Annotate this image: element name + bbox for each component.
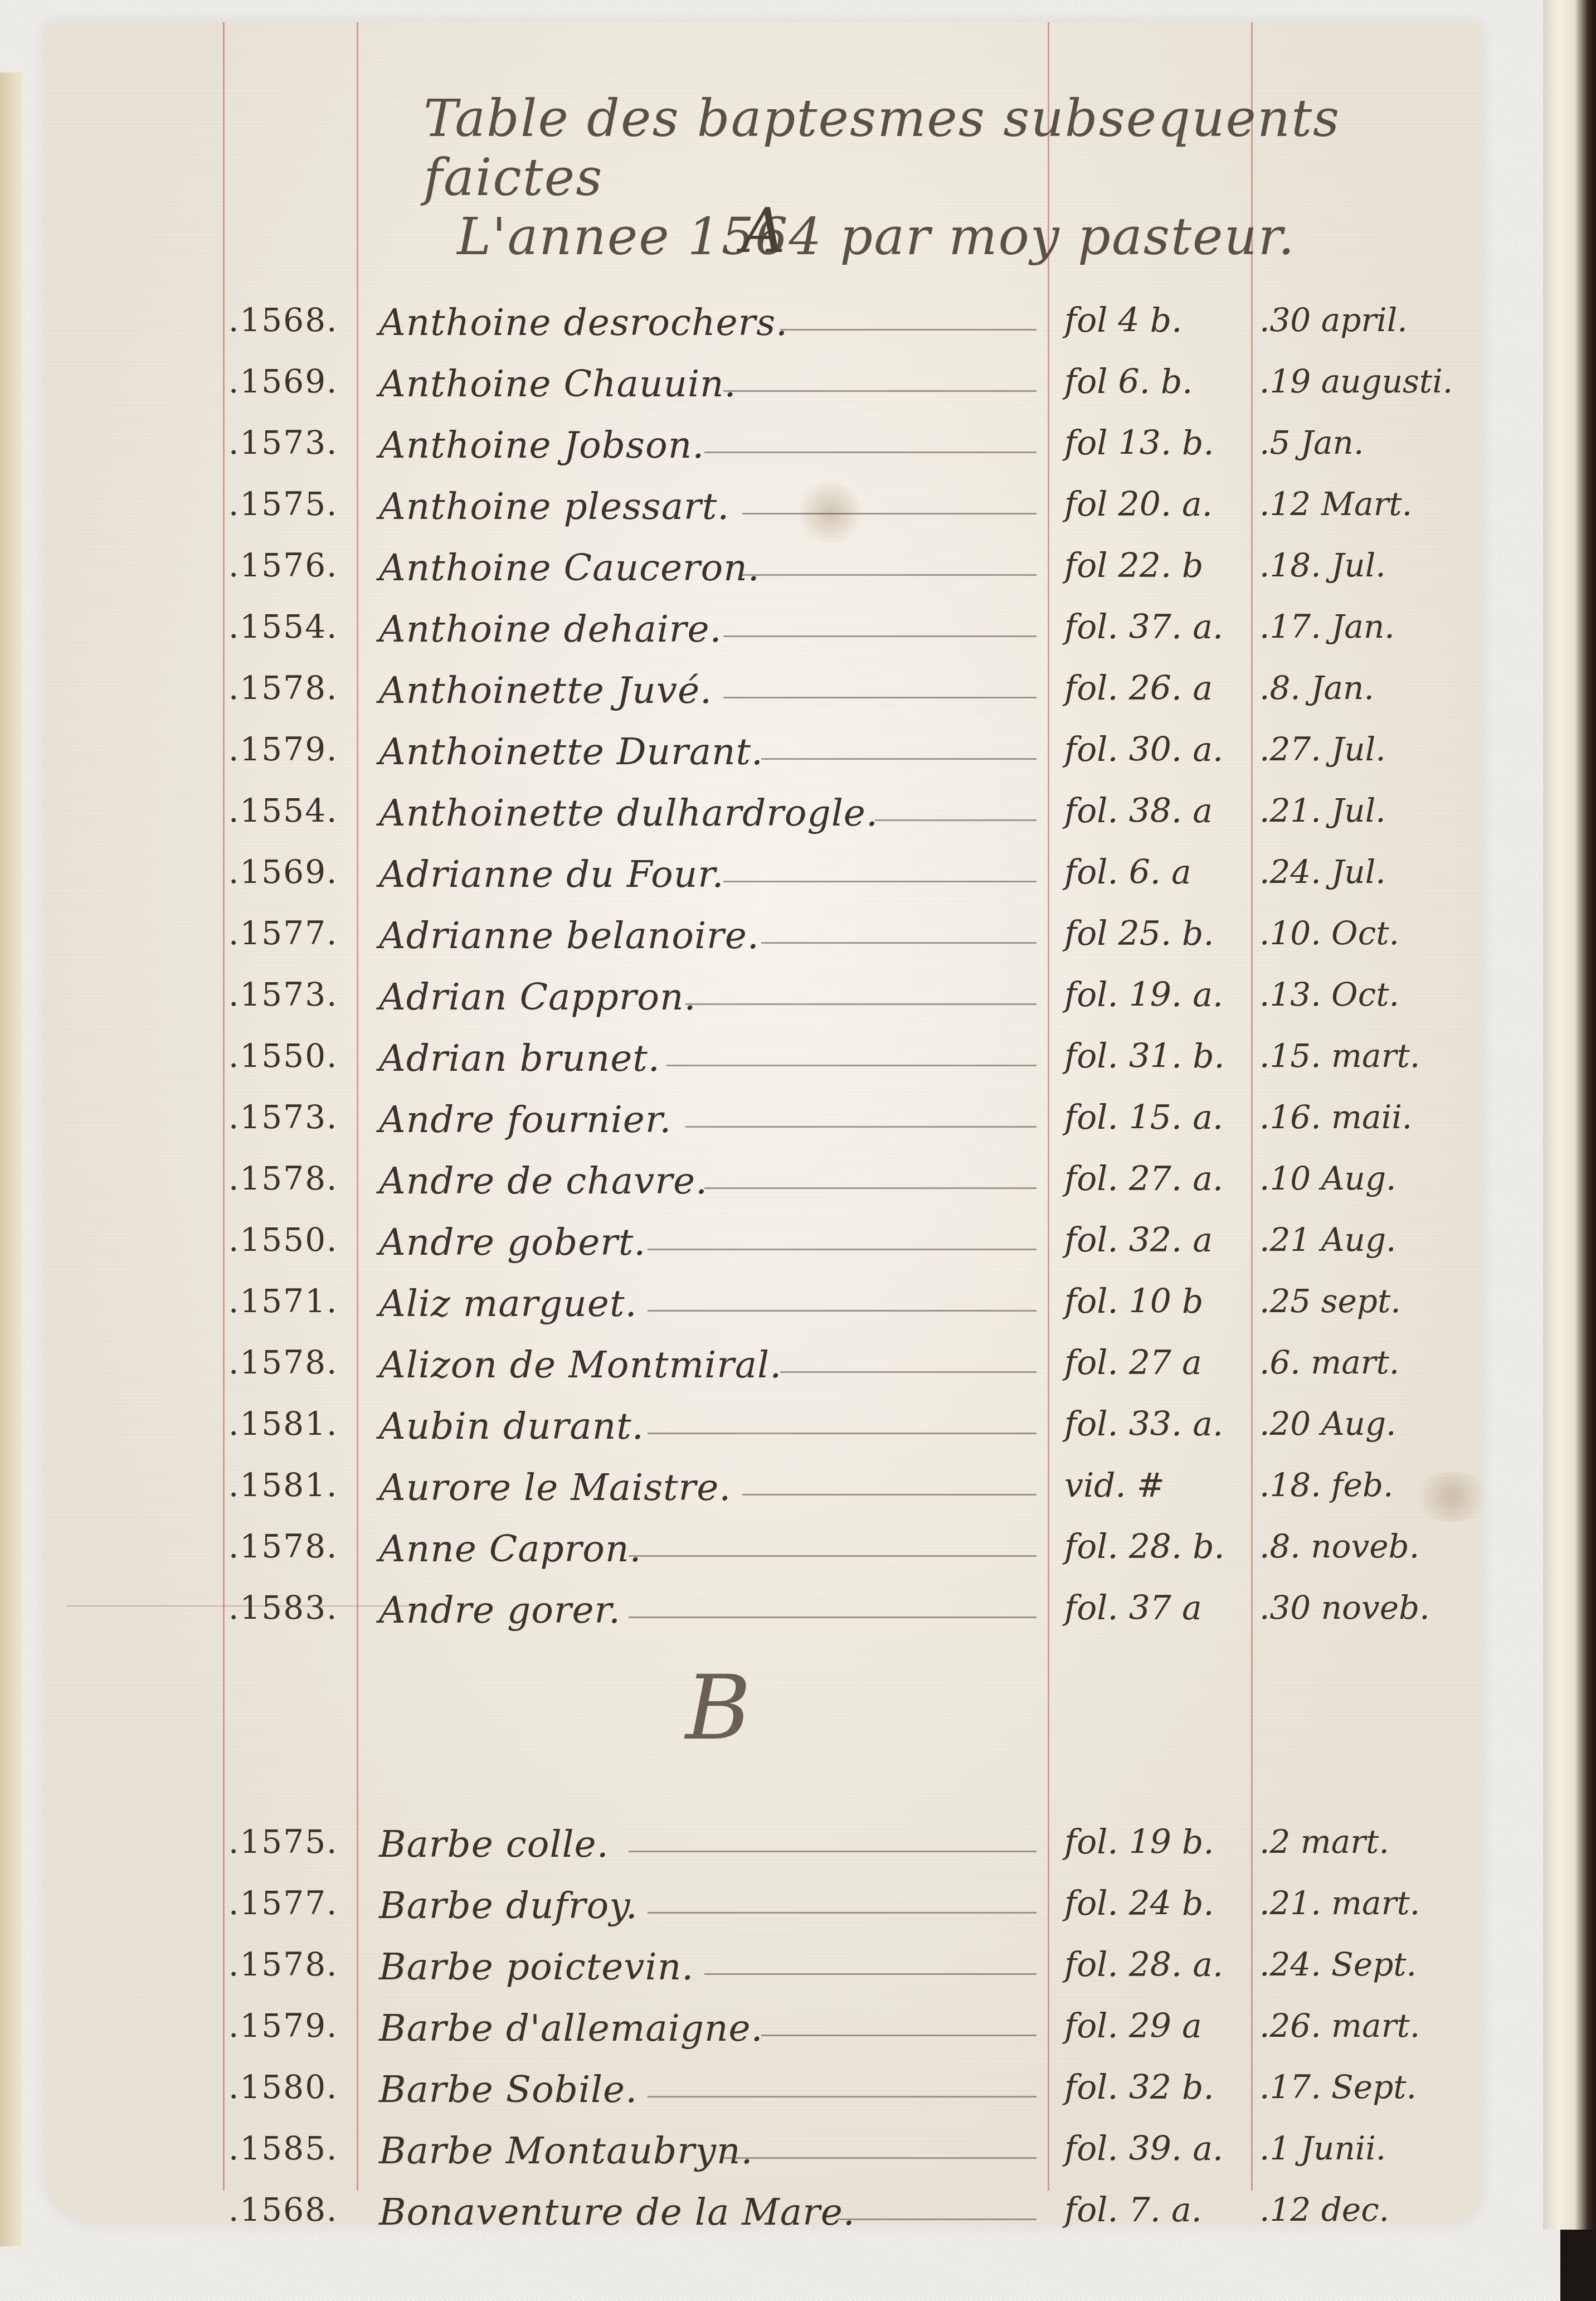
leader-line xyxy=(742,513,1037,514)
folio-reference: fol. 26. a xyxy=(1064,669,1213,708)
baptism-year: .1576. xyxy=(228,546,338,584)
index-entry: .1573.Andre fournier.fol. 15. a..16. mai… xyxy=(45,1098,1482,1159)
leader-line xyxy=(685,1126,1037,1128)
child-name: Anthoinette Juvé. xyxy=(379,669,712,712)
baptism-year: .1579. xyxy=(228,2007,338,2045)
leader-line xyxy=(761,2035,1037,2036)
baptism-date: .6. mart. xyxy=(1259,1343,1399,1381)
baptism-year: .1578. xyxy=(228,1527,338,1565)
index-entry: .1575.Anthoine plessart.fol 20. a..12 Ma… xyxy=(45,485,1482,546)
child-name: Anne Capron. xyxy=(379,1527,642,1570)
baptism-date: .17. Sept. xyxy=(1259,2068,1417,2106)
folio-reference: fol. 33. a. xyxy=(1064,1405,1223,1444)
index-entry: .1569.Adrianne du Four.fol. 6. a.24. Jul… xyxy=(45,853,1482,914)
leader-line xyxy=(648,1249,1037,1250)
index-entry: .1568.Bonaventure de la Mare.fol. 7. a..… xyxy=(45,2191,1482,2252)
index-entry: .1571.Aliz marguet.fol. 10 b.25 sept. xyxy=(45,1282,1482,1343)
folio-reference: fol. 32 b. xyxy=(1064,2068,1214,2107)
leader-line xyxy=(723,635,1037,637)
folio-reference: fol. 39. a. xyxy=(1064,2129,1223,2168)
title-line-2: L'annee 1564 par moy pasteur. xyxy=(424,207,1482,266)
baptism-date: .27. Jul. xyxy=(1259,730,1386,768)
leader-line xyxy=(761,758,1037,760)
folio-reference: fol. 32. a xyxy=(1064,1221,1213,1260)
baptism-year: .1578. xyxy=(228,1343,338,1381)
baptism-date: .8. noveb. xyxy=(1259,1527,1419,1565)
child-name: Alizon de Montmiral. xyxy=(379,1343,782,1386)
leader-line xyxy=(629,1616,1037,1618)
baptism-date: .30 april. xyxy=(1259,301,1408,339)
baptism-date: .24. Sept. xyxy=(1259,1945,1417,1983)
child-name: Adrian Cappron. xyxy=(379,975,697,1018)
child-name: Aubin durant. xyxy=(379,1405,644,1448)
folio-reference: fol. 15. a. xyxy=(1064,1098,1223,1137)
index-entry: .1578.Alizon de Montmiral.fol. 27 a.6. m… xyxy=(45,1343,1482,1405)
index-entry: .1578.Barbe poictevin.fol. 28. a..24. Se… xyxy=(45,1945,1482,2007)
manuscript-page: Table des baptesmes subsequents faictes … xyxy=(45,22,1482,2224)
leader-line xyxy=(742,574,1037,576)
child-name: Bonaventure de la Mare. xyxy=(379,2191,855,2234)
baptism-year: .1571. xyxy=(228,1282,338,1320)
baptism-year: .1573. xyxy=(228,975,338,1013)
child-name: Andre gobert. xyxy=(379,1221,646,1264)
child-name: Anthoine desrochers. xyxy=(379,301,788,344)
index-entry: .1585.Barbe Montaubryn.fol. 39. a..1 Jun… xyxy=(45,2129,1482,2191)
baptism-year: .1578. xyxy=(228,1945,338,1983)
folio-reference: fol. 37. a. xyxy=(1064,608,1223,647)
section-letter-b: B xyxy=(685,1656,751,1760)
child-name: Adrianne belanoire. xyxy=(379,914,760,957)
child-name: Anthoinette dulhardrogle. xyxy=(379,792,878,834)
index-entry: .1578.Andre de chavre.fol. 27. a..10 Aug… xyxy=(45,1159,1482,1221)
index-entry: .1579.Anthoinette Durant.fol. 30. a..27.… xyxy=(45,730,1482,792)
baptism-year: .1550. xyxy=(228,1221,338,1259)
leader-line xyxy=(648,1310,1037,1312)
leader-line xyxy=(780,329,1037,331)
baptism-date: .19 augusti. xyxy=(1259,362,1453,400)
child-name: Barbe Montaubryn. xyxy=(379,2129,753,2172)
index-entry: .1576.Anthoine Cauceron.fol 22. b.18. Ju… xyxy=(45,546,1482,608)
leader-line xyxy=(704,1973,1037,1975)
baptism-year: .1554. xyxy=(228,792,338,829)
leader-line xyxy=(704,452,1037,453)
child-name: Andre fournier. xyxy=(379,1098,672,1141)
index-entry: .1569.Anthoine Chauuin.fol 6. b..19 augu… xyxy=(45,362,1482,424)
leader-line xyxy=(723,697,1037,698)
baptism-year: .1573. xyxy=(228,1098,338,1136)
baptism-year: .1581. xyxy=(228,1466,338,1504)
baptism-date: .25 sept. xyxy=(1259,1282,1401,1320)
leader-line xyxy=(648,1912,1037,1914)
baptism-date: .24. Jul. xyxy=(1259,853,1386,891)
child-name: Anthoine dehaire. xyxy=(379,608,722,651)
baptism-year: .1578. xyxy=(228,1159,338,1197)
index-entry: .1583.Andre gorer.fol. 37 a.30 noveb. xyxy=(45,1589,1482,1650)
folio-reference: vid. # xyxy=(1064,1466,1165,1505)
index-entry: .1581.Aubin durant.fol. 33. a..20 Aug. xyxy=(45,1405,1482,1466)
index-entry: .1578.Anthoinette Juvé.fol. 26. a.8. Jan… xyxy=(45,669,1482,730)
leader-line xyxy=(648,1433,1037,1434)
index-entry: .1550.Andre gobert.fol. 32. a.21 Aug. xyxy=(45,1221,1482,1282)
baptism-date: .15. mart. xyxy=(1259,1037,1420,1075)
leader-line xyxy=(742,1494,1037,1496)
baptism-year: .1554. xyxy=(228,608,338,645)
baptism-year: .1579. xyxy=(228,730,338,768)
child-name: Anthoine Chauuin. xyxy=(379,362,737,405)
baptism-year: .1569. xyxy=(228,362,338,400)
folio-reference: fol 22. b xyxy=(1064,546,1204,585)
leader-line xyxy=(666,1065,1037,1066)
index-entry: .1579.Barbe d'allemaigne.fol. 29 a.26. m… xyxy=(45,2007,1482,2068)
index-entry: .1577.Adrianne belanoire.fol 25. b..10. … xyxy=(45,914,1482,975)
baptism-year: .1575. xyxy=(228,485,338,523)
index-entry: .1577.Barbe dufroy.fol. 24 b..21. mart. xyxy=(45,1884,1482,1945)
leader-line xyxy=(780,1371,1037,1373)
baptism-year: .1581. xyxy=(228,1405,338,1443)
child-name: Barbe Sobile. xyxy=(379,2068,638,2111)
folio-reference: fol. 31. b. xyxy=(1064,1037,1225,1076)
child-name: Barbe colle. xyxy=(379,1823,609,1866)
index-entry: .1573.Anthoine Jobson.fol 13. b..5 Jan. xyxy=(45,424,1482,485)
child-name: Andre gorer. xyxy=(379,1589,621,1632)
folio-reference: fol. 38. a xyxy=(1064,792,1213,831)
baptism-date: .10. Oct. xyxy=(1259,914,1399,952)
leader-line xyxy=(629,1851,1037,1852)
leader-line xyxy=(723,390,1037,392)
folio-reference: fol. 19. a. xyxy=(1064,975,1223,1014)
child-name: Aurore le Maistre. xyxy=(379,1466,731,1509)
folio-reference: fol 25. b. xyxy=(1064,914,1214,953)
index-entry: .1568.Anthoine desrochers.fol 4 b..30 ap… xyxy=(45,301,1482,362)
baptism-year: .1578. xyxy=(228,669,338,707)
index-entry: .1581.Aurore le Maistre.vid. #.18. feb. xyxy=(45,1466,1482,1527)
baptism-date: .21. Jul. xyxy=(1259,792,1386,829)
baptism-date: .18. Jul. xyxy=(1259,546,1386,584)
baptism-year: .1577. xyxy=(228,914,338,952)
child-name: Anthoine Jobson. xyxy=(379,424,704,467)
baptism-year: .1550. xyxy=(228,1037,338,1075)
baptism-year: .1569. xyxy=(228,853,338,891)
baptism-year: .1585. xyxy=(228,2129,338,2167)
folio-reference: fol. 30. a. xyxy=(1064,730,1223,769)
folio-reference: fol. 27 a xyxy=(1064,1343,1202,1382)
baptism-year: .1577. xyxy=(228,1884,338,1922)
folio-reference: fol. 28. b. xyxy=(1064,1527,1225,1566)
folio-reference: fol. 10 b xyxy=(1064,1282,1204,1321)
index-entry: .1580.Barbe Sobile.fol. 32 b..17. Sept. xyxy=(45,2068,1482,2129)
baptism-date: .16. maii. xyxy=(1259,1098,1412,1136)
baptism-date: .30 noveb. xyxy=(1259,1589,1430,1627)
folio-reference: fol. 19 b. xyxy=(1064,1823,1214,1862)
folio-reference: fol 13. b. xyxy=(1064,424,1214,463)
folio-reference: fol. 37 a xyxy=(1064,1589,1202,1628)
child-name: Anthoine plessart. xyxy=(379,485,729,528)
child-name: Adrian brunet. xyxy=(379,1037,660,1080)
index-entry: .1575.Barbe colle.fol. 19 b..2 mart. xyxy=(45,1823,1482,1884)
baptism-year: .1573. xyxy=(228,424,338,462)
leader-line xyxy=(629,1555,1037,1557)
folio-reference: fol. 27. a. xyxy=(1064,1159,1223,1198)
index-entry: .1554.Anthoinette dulhardrogle.fol. 38. … xyxy=(45,792,1482,853)
folio-reference: fol. 29 a xyxy=(1064,2007,1202,2046)
baptism-date: .12 Mart. xyxy=(1259,485,1412,523)
child-name: Adrianne du Four. xyxy=(379,853,724,896)
baptism-year: .1580. xyxy=(228,2068,338,2106)
baptism-date: .21. mart. xyxy=(1259,1884,1420,1922)
folio-reference: fol. 28. a. xyxy=(1064,1945,1223,1984)
baptism-date: .21 Aug. xyxy=(1259,1221,1396,1259)
leader-line xyxy=(875,819,1037,821)
folio-reference: fol 6. b. xyxy=(1064,362,1193,401)
baptism-date: .17. Jan. xyxy=(1259,608,1395,645)
baptism-date: .18. feb. xyxy=(1259,1466,1393,1504)
book-edge-left xyxy=(0,72,22,2246)
folio-reference: fol. 6. a xyxy=(1064,853,1191,892)
baptism-date: .12 dec. xyxy=(1259,2191,1389,2229)
baptism-date: .5 Jan. xyxy=(1259,424,1364,462)
child-name: Barbe poictevin. xyxy=(379,1945,694,1988)
leader-line xyxy=(648,2096,1037,2098)
folio-reference: fol. 24 b. xyxy=(1064,1884,1214,1923)
baptism-date: .8. Jan. xyxy=(1259,669,1374,707)
leader-line xyxy=(761,942,1037,944)
child-name: Anthoine Cauceron. xyxy=(379,546,760,589)
leader-line xyxy=(723,881,1037,882)
leader-line xyxy=(685,1003,1037,1005)
page-title: Table des baptesmes subsequents faictes … xyxy=(424,89,1482,266)
child-name: Anthoinette Durant. xyxy=(379,730,763,773)
baptism-date: .26. mart. xyxy=(1259,2007,1420,2045)
baptism-year: .1568. xyxy=(228,2191,338,2229)
baptism-year: .1575. xyxy=(228,1823,338,1861)
child-name: Barbe dufroy. xyxy=(379,1884,638,1927)
index-entry: .1578.Anne Capron.fol. 28. b..8. noveb. xyxy=(45,1527,1482,1589)
baptism-year: .1568. xyxy=(228,301,338,339)
folio-reference: fol 20. a. xyxy=(1064,485,1213,524)
baptism-year: .1583. xyxy=(228,1589,338,1627)
folio-reference: fol. 7. a. xyxy=(1064,2191,1202,2230)
child-name: Andre de chavre. xyxy=(379,1159,708,1202)
leader-line xyxy=(837,2219,1037,2220)
index-entry: .1573.Adrian Cappron.fol. 19. a..13. Oct… xyxy=(45,975,1482,1037)
index-entry: .1554.Anthoine dehaire.fol. 37. a..17. J… xyxy=(45,608,1482,669)
book-edge-right xyxy=(1543,0,1596,2230)
baptism-date: .13. Oct. xyxy=(1259,975,1399,1013)
leader-line xyxy=(704,1187,1037,1189)
section-letter-a: A xyxy=(741,195,785,266)
baptism-date: .10 Aug. xyxy=(1259,1159,1396,1197)
baptism-date: .20 Aug. xyxy=(1259,1405,1396,1443)
baptism-date: .2 mart. xyxy=(1259,1823,1389,1861)
folio-reference: fol 4 b. xyxy=(1064,301,1182,340)
child-name: Barbe d'allemaigne. xyxy=(379,2007,763,2050)
child-name: Aliz marguet. xyxy=(379,1282,637,1325)
leader-line xyxy=(723,2157,1037,2159)
baptism-date: .1 Junii. xyxy=(1259,2129,1386,2167)
index-entry: .1550.Adrian brunet.fol. 31. b..15. mart… xyxy=(45,1037,1482,1098)
title-line-1: Table des baptesmes subsequents faictes xyxy=(424,89,1482,207)
